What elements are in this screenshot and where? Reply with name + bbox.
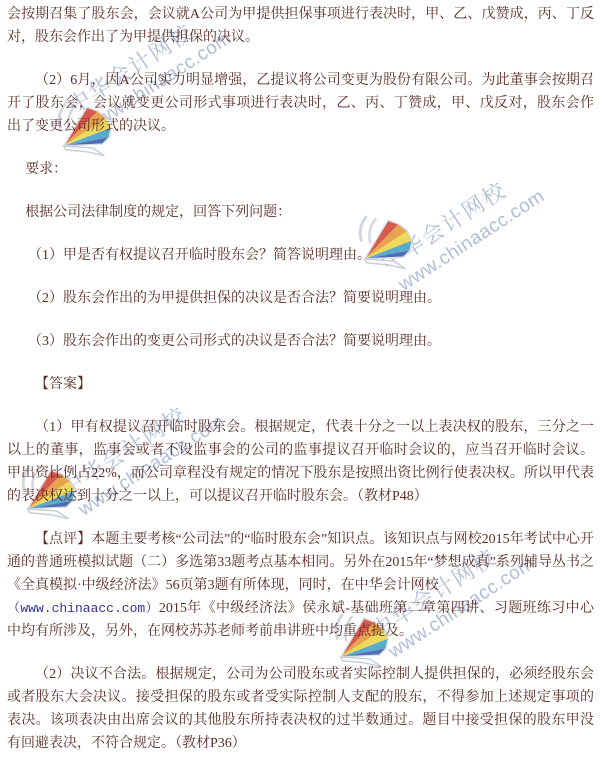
answer-heading: 【答案】	[7, 373, 594, 396]
question-3: （3）股东会作出的变更公司形式的决议是否合法？简要说明理由。	[7, 330, 594, 353]
exam-answer-page: { "colors": { "body_text": "#5a2d26", "l…	[0, 0, 601, 760]
answer-1: （1）甲有权提议召开临时股东会。根据规定，代表十分之一以上表决权的股东，三分之一…	[7, 416, 594, 508]
question-1: （1）甲是否有权提议召开临时股东会？简答说明理由。	[7, 244, 594, 267]
comment-lead-text: 【点评】本题主要考核“公司法”的“临时股东会”知识点。该知识点与网校2015年考…	[7, 532, 594, 593]
comment-paragraph: 【点评】本题主要考核“公司法”的“临时股东会”知识点。该知识点与网校2015年考…	[7, 528, 594, 643]
paragraph-case-facts-continuation: 会按期召集了股东会，会议就A公司为甲提供担保事项进行表决时，甲、乙、戊赞成，丙、…	[7, 3, 594, 49]
requirements-label: 要求：	[7, 158, 594, 181]
instruction-line: 根据公司法律制度的规定，回答下列问题：	[7, 201, 594, 224]
answer-2: （2）决议不合法。根据规定，公司为公司股东或者实际控制人提供担保的，必须经股东会…	[7, 663, 594, 755]
paragraph-case-facts-item2: （2）6月，因A公司实力明显增强，乙提议将公司变更为股份有限公司。为此董事会按期…	[7, 69, 594, 138]
question-2: （2）股东会作出的为甲提供担保的决议是否合法？简要说明理由。	[7, 287, 594, 310]
chinaacc-url-text: （www.chinaacc.com）	[7, 601, 159, 616]
document-body: 会按期召集了股东会，会议就A公司为甲提供担保事项进行表决时，甲、乙、戊赞成，丙、…	[0, 0, 601, 755]
